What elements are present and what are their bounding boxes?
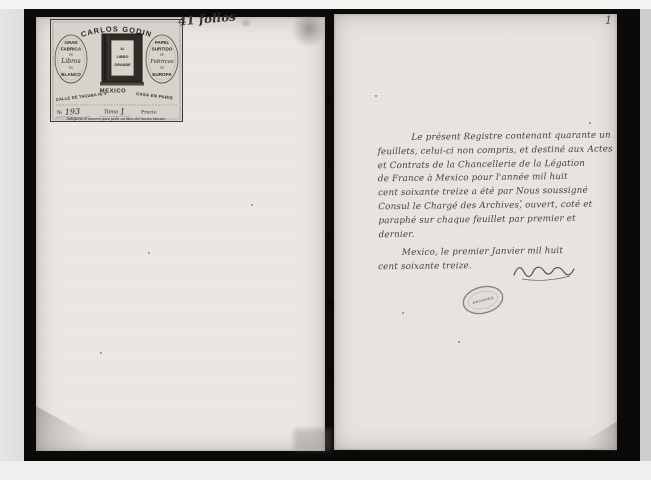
book-label-line: LIBRO bbox=[117, 55, 129, 59]
photo-margin-left bbox=[0, 9, 24, 461]
gutter-stitch bbox=[327, 233, 331, 238]
speck bbox=[458, 341, 460, 343]
manuscript-line: dernier. bbox=[379, 226, 591, 242]
tomo-label: Tomo bbox=[104, 110, 118, 116]
tomo-value: 1 bbox=[120, 108, 125, 117]
signature-icon bbox=[512, 260, 576, 284]
photo-margin-top bbox=[0, 0, 651, 9]
gutter-stitch bbox=[328, 372, 332, 377]
numero-value: 193 bbox=[65, 107, 81, 117]
cartouche-line: SURTIDO bbox=[152, 47, 173, 52]
book-base-shadow bbox=[100, 82, 144, 86]
cartouche-line: Fabricas bbox=[149, 59, 174, 65]
cartouche-line: GRAN bbox=[65, 40, 78, 45]
bookplate-footnote: Indíquese el número para pedir un libro … bbox=[66, 117, 167, 121]
cartouche-line: DE bbox=[160, 53, 164, 57]
photo-margin-right bbox=[640, 9, 651, 461]
precio-label: Precio bbox=[141, 110, 157, 116]
book-label-line: AL bbox=[120, 47, 124, 51]
book-label-line: GRANDE bbox=[114, 63, 131, 67]
page-number: 1 bbox=[605, 14, 612, 27]
left-page-content: CARLOS GODIN GRAN FABRICA DE Libros EN B… bbox=[36, 17, 325, 451]
cartouche-line: DE bbox=[160, 66, 164, 70]
manuscript-block: Le présent Registre contenant quarante u… bbox=[377, 130, 590, 243]
gutter-stitch bbox=[326, 95, 330, 100]
bookplate: CARLOS GODIN GRAN FABRICA DE Libros EN B… bbox=[50, 19, 183, 122]
cartouche-line: FABRICA bbox=[61, 47, 82, 52]
book-illustration: AL LIBRO GRANDE bbox=[100, 34, 144, 86]
signature-stroke bbox=[514, 267, 574, 276]
manuscript-line: paraphé sur chaque feuillet par premier … bbox=[378, 212, 590, 228]
numero-label: № bbox=[57, 110, 62, 116]
signature bbox=[512, 260, 576, 289]
speck bbox=[589, 122, 591, 124]
cartouche-line: EUROPA bbox=[152, 72, 172, 77]
cartouche-line: EN bbox=[69, 66, 73, 70]
cartouche-line: Libros bbox=[60, 58, 80, 65]
cartouche-line: DE bbox=[69, 53, 73, 57]
dateline-line: Mexico, le premier Janvier mil huit bbox=[378, 245, 590, 261]
cartouche-line: BLANCO bbox=[61, 72, 81, 77]
address-center: MEXICO bbox=[100, 89, 126, 95]
gutter-stitch bbox=[327, 162, 332, 167]
photo-margin-bottom bbox=[0, 461, 651, 480]
gutter-stitch bbox=[328, 300, 333, 305]
bookplate-svg: CARLOS GODIN GRAN FABRICA DE Libros EN B… bbox=[50, 19, 183, 122]
cartouche-line: PAPEL bbox=[155, 40, 170, 45]
speck bbox=[375, 95, 377, 97]
speck bbox=[402, 312, 404, 314]
scanned-register-photo: CARLOS GODIN GRAN FABRICA DE Libros EN B… bbox=[0, 0, 651, 480]
